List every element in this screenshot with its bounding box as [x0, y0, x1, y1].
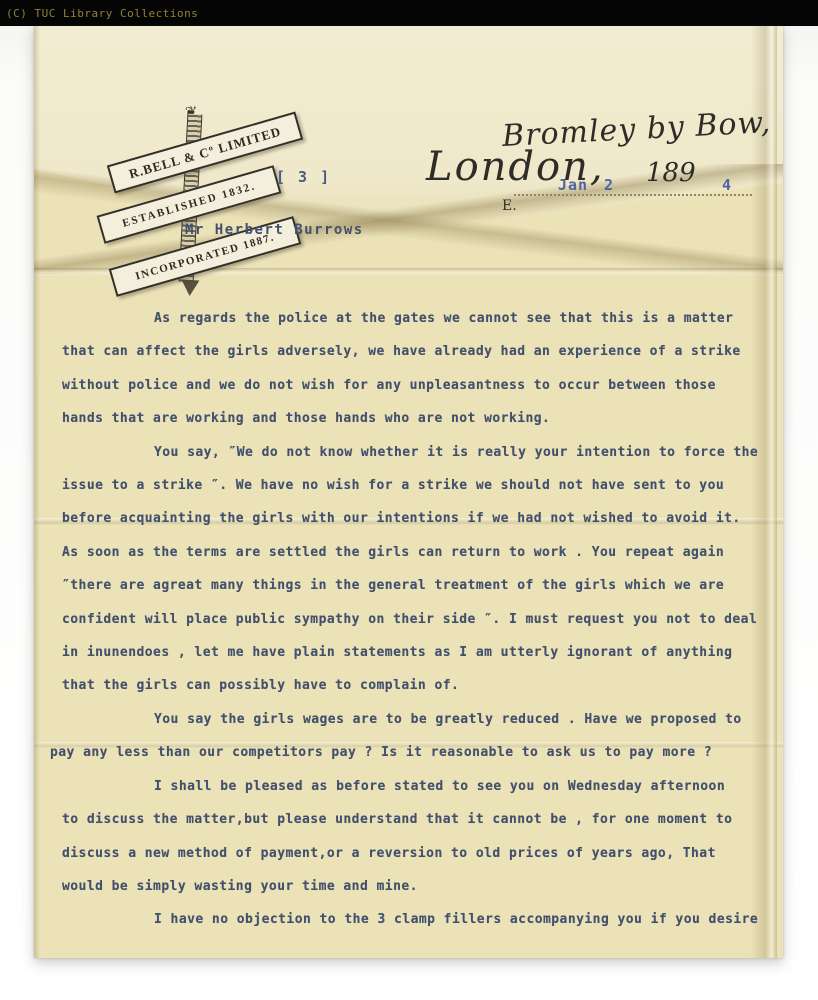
- page-number: [ 3 ]: [276, 168, 331, 186]
- date-dotted-line: [514, 172, 752, 196]
- letter-line: that the girls can possibly have to comp…: [62, 669, 768, 702]
- letter-line: As soon as the terms are settled the gir…: [62, 536, 768, 569]
- letter-line: ″there are agreat many things in the gen…: [62, 569, 768, 602]
- letter-page: ❦ R.BELL & Cº LIMITED ESTABLISHED 1832. …: [34, 26, 783, 958]
- date-day: 2: [604, 176, 614, 194]
- copyright-text: (C) TUC Library Collections: [6, 7, 198, 20]
- date-year-printed: 189: [646, 158, 696, 188]
- letter-line: confident will place public sympathy on …: [62, 603, 768, 636]
- letter-line: I have no objection to the 3 clamp fille…: [62, 903, 768, 936]
- date-year-typed: 4: [722, 176, 732, 194]
- copyright-bar: (C) TUC Library Collections: [0, 0, 818, 26]
- letterhead-district: E.: [502, 198, 517, 214]
- logo-pole-tail: [181, 280, 200, 297]
- letter-line: As regards the police at the gates we ca…: [62, 302, 768, 335]
- letter-line: before acquainting the girls with our in…: [62, 502, 768, 535]
- letter-line: issue to a strike ″. We have no wish for…: [62, 469, 768, 502]
- paper-left-edge: [34, 26, 40, 958]
- letter-line: You say the girls wages are to be greatl…: [62, 703, 768, 736]
- letter-line: that can affect the girls adversely, we …: [62, 335, 768, 368]
- date-month: Jan: [558, 176, 588, 194]
- letter-line: I shall be pleased as before stated to s…: [62, 770, 768, 803]
- letter-line: would be simply wasting your time and mi…: [62, 870, 768, 903]
- letter-line: pay any less than our competitors pay ? …: [50, 736, 768, 769]
- letter-line: You say, ″We do not know whether it is r…: [62, 436, 768, 469]
- letter-line: to discuss the matter,but please underst…: [62, 803, 768, 836]
- letter-line: without police and we do not wish for an…: [62, 369, 768, 402]
- letter-line: in inunendoes , let me have plain statem…: [62, 636, 768, 669]
- company-logo: ❦ R.BELL & Cº LIMITED ESTABLISHED 1832. …: [95, 112, 315, 297]
- recipient-name: Mr Herbert Burrows: [185, 222, 364, 238]
- letter-line: hands that are working and those hands w…: [62, 402, 768, 435]
- letter-body: As regards the police at the gates we ca…: [62, 302, 768, 937]
- letter-line: discuss a new method of payment,or a rev…: [62, 837, 768, 870]
